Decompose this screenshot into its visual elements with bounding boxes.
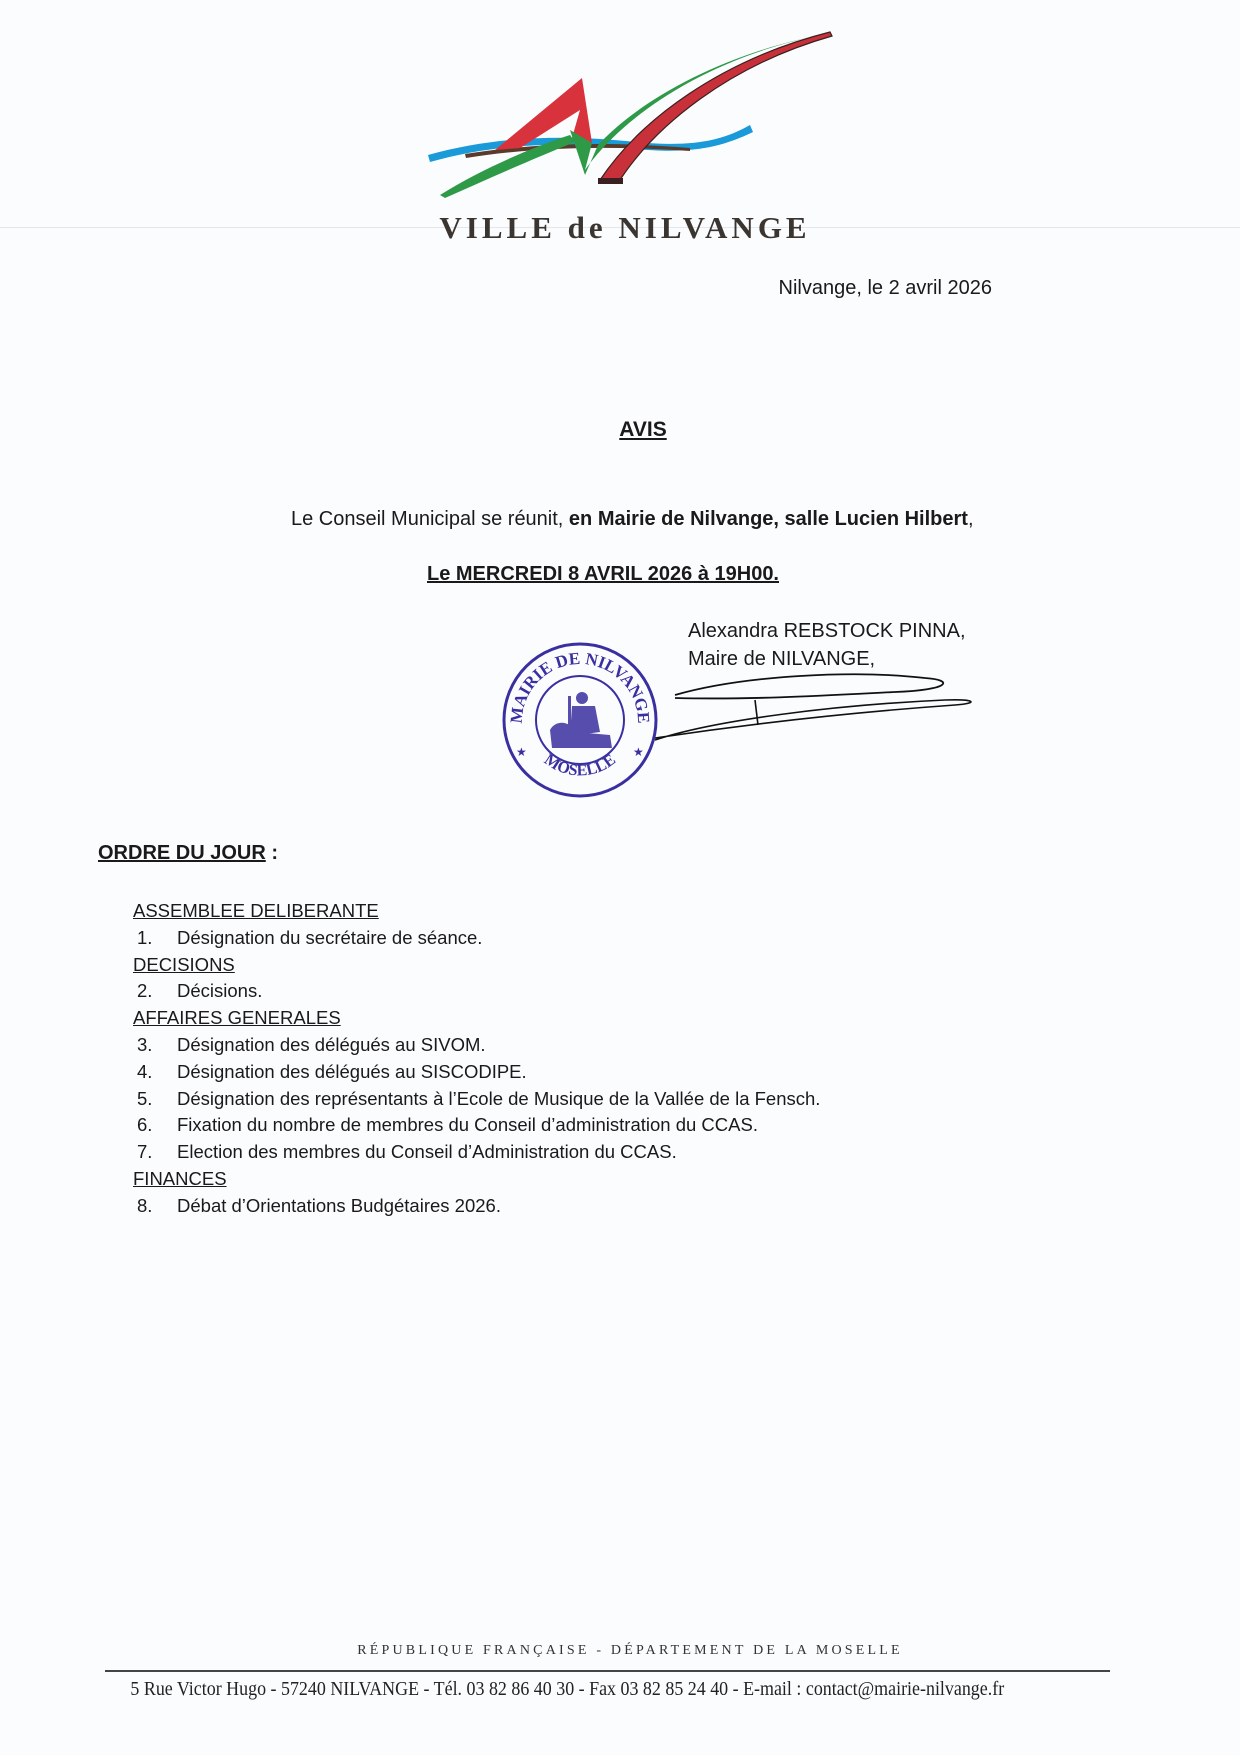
footer-rule <box>105 1670 1110 1672</box>
agenda-section: FINANCES 8.Débat d’Orientations Budgétai… <box>133 1166 820 1220</box>
agenda-item: 7.Election des membres du Conseil d’Admi… <box>133 1139 820 1166</box>
footer-address-line: 5 Rue Victor Hugo - 57240 NILVANGE - Tél… <box>105 1679 1030 1701</box>
agenda-item-number: 3. <box>133 1032 177 1059</box>
agenda-section: DECISIONS 2.Décisions. <box>133 952 820 1006</box>
agenda-item-text: Désignation des délégués au SIVOM. <box>177 1032 486 1059</box>
convene-suffix: , <box>968 508 974 530</box>
agenda-item-number: 6. <box>133 1112 177 1139</box>
agenda-item-number: 2. <box>133 978 177 1005</box>
agenda-item-text: Débat d’Orientations Budgétaires 2026. <box>177 1193 501 1220</box>
agenda-item: 1.Désignation du secrétaire de séance. <box>133 925 820 952</box>
meeting-datetime: Le MERCREDI 8 AVRIL 2026 à 19H00. <box>427 563 779 586</box>
agenda-item-text: Décisions. <box>177 978 262 1005</box>
svg-text:★: ★ <box>633 745 644 759</box>
agenda-item-text: Désignation des représentants à l’Ecole … <box>177 1086 820 1113</box>
agenda-section-title: AFFAIRES GENERALES <box>133 1005 820 1032</box>
agenda-item: 5.Désignation des représentants à l’Ecol… <box>133 1086 820 1113</box>
agenda-section-title: ASSEMBLEE DELIBERANTE <box>133 898 820 925</box>
notice-title: AVIS <box>0 418 1240 442</box>
city-logo-icon <box>420 30 860 200</box>
agenda-heading-suffix: : <box>266 842 278 864</box>
agenda-item-text: Election des membres du Conseil d’Admini… <box>177 1139 677 1166</box>
agenda-section: ASSEMBLEE DELIBERANTE 1.Désignation du s… <box>133 898 820 952</box>
signature-scribble <box>655 670 995 745</box>
city-title: VILLE de NILVANGE <box>0 210 1240 246</box>
agenda-section-title: FINANCES <box>133 1166 820 1193</box>
agenda-item-number: 8. <box>133 1193 177 1220</box>
agenda-item-number: 4. <box>133 1059 177 1086</box>
agenda-heading: ORDRE DU JOUR : <box>98 842 278 865</box>
convene-sentence: Le Conseil Municipal se réunit, en Mairi… <box>291 508 974 531</box>
agenda-section-title: DECISIONS <box>133 952 820 979</box>
footer-republic-line: RÉPUBLIQUE FRANÇAISE - DÉPARTEMENT DE LA… <box>0 1643 1240 1659</box>
agenda-heading-text: ORDRE DU JOUR <box>98 842 266 864</box>
agenda-item-number: 5. <box>133 1086 177 1113</box>
signatory-title: Maire de NILVANGE, <box>688 645 966 673</box>
agenda-list: ASSEMBLEE DELIBERANTE 1.Désignation du s… <box>133 898 820 1220</box>
agenda-item-text: Désignation du secrétaire de séance. <box>177 925 482 952</box>
signatory-name: Alexandra REBSTOCK PINNA, <box>688 617 966 645</box>
agenda-item: 8.Débat d’Orientations Budgétaires 2026. <box>133 1193 820 1220</box>
signatory-block: Alexandra REBSTOCK PINNA, Maire de NILVA… <box>688 617 966 673</box>
agenda-item: 4.Désignation des délégués au SISCODIPE. <box>133 1059 820 1086</box>
agenda-item: 6.Fixation du nombre de membres du Conse… <box>133 1112 820 1139</box>
agenda-item: 3.Désignation des délégués au SIVOM. <box>133 1032 820 1059</box>
convene-prefix: Le Conseil Municipal se réunit, <box>291 508 569 530</box>
agenda-item-number: 1. <box>133 925 177 952</box>
convene-location: en Mairie de Nilvange, salle Lucien Hilb… <box>569 508 968 530</box>
svg-text:MOSELLE: MOSELLE <box>541 751 619 779</box>
agenda-item-number: 7. <box>133 1139 177 1166</box>
official-seal-icon: MAIRIE DE NILVANGE MOSELLE ★ ★ <box>500 640 660 800</box>
agenda-item-text: Désignation des délégués au SISCODIPE. <box>177 1059 527 1086</box>
agenda-item: 2.Décisions. <box>133 978 820 1005</box>
agenda-section: AFFAIRES GENERALES 3.Désignation des dél… <box>133 1005 820 1166</box>
date-line: Nilvange, le 2 avril 2026 <box>779 277 992 300</box>
agenda-item-text: Fixation du nombre de membres du Conseil… <box>177 1112 758 1139</box>
svg-text:★: ★ <box>516 745 527 759</box>
